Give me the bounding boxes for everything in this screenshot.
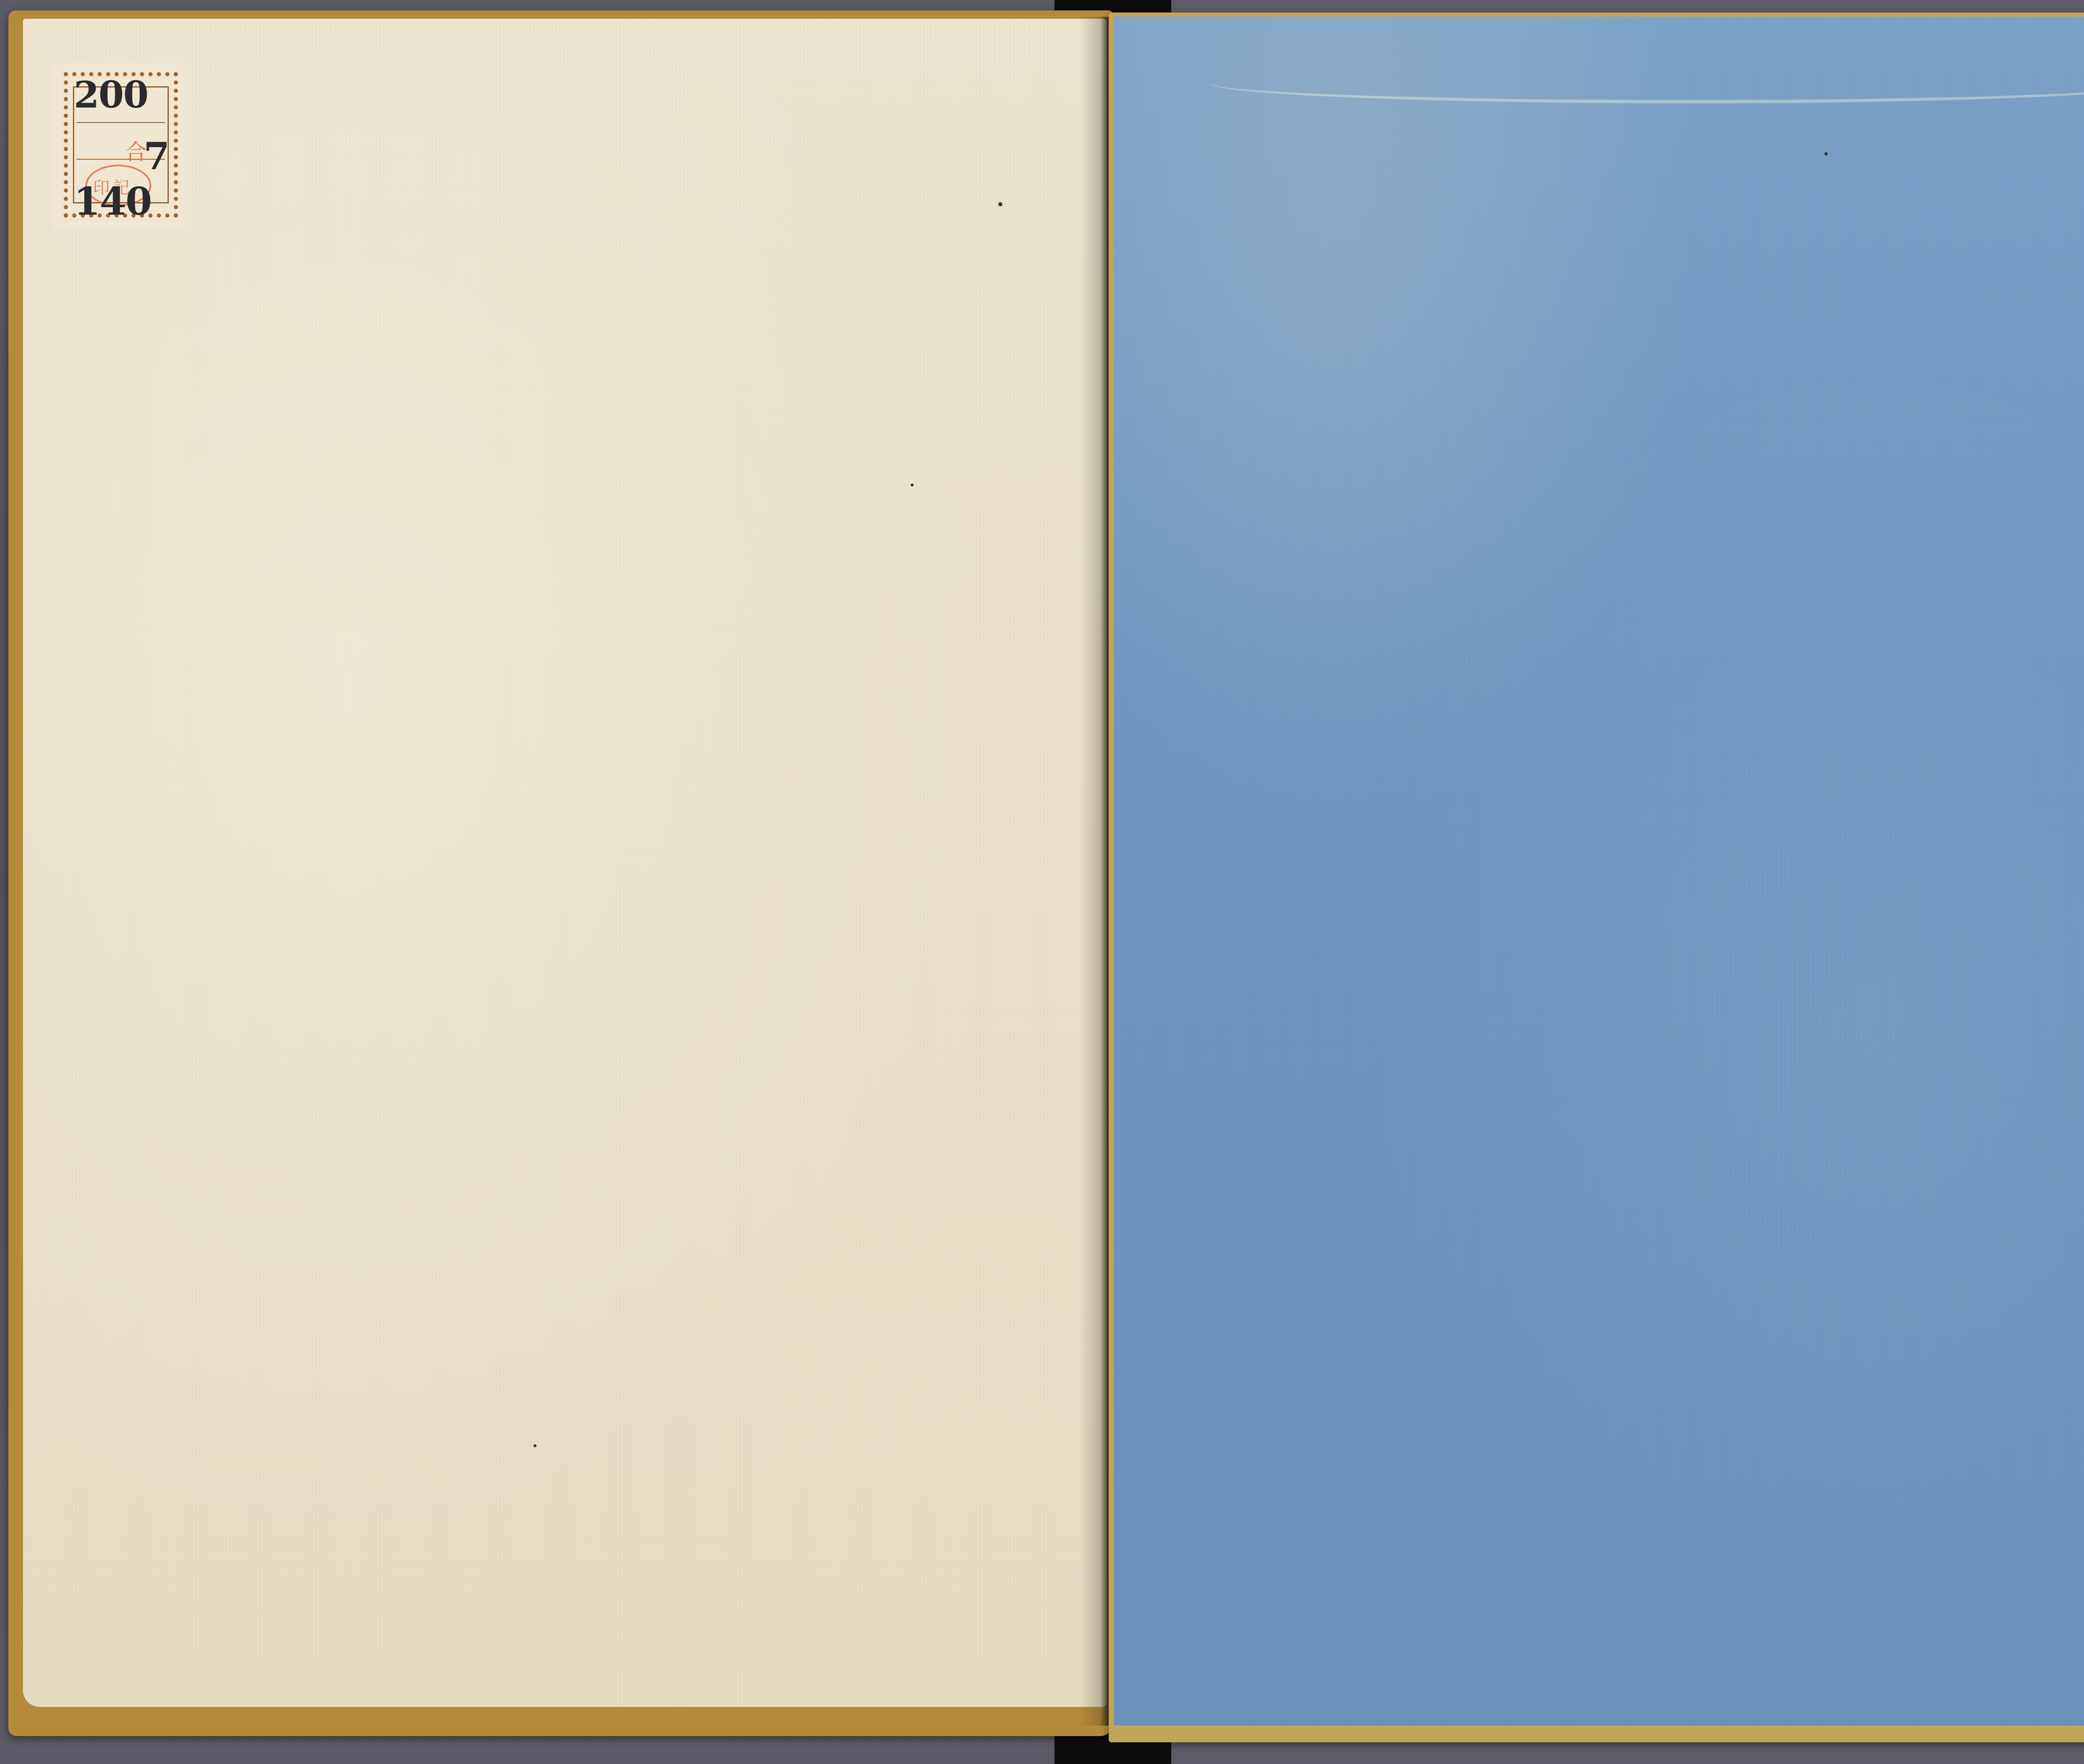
blue-back-cover (1114, 17, 2084, 1726)
left-flyleaf-page (23, 19, 1107, 1707)
label-bottom-number: 140 (74, 182, 151, 220)
paper-speck (534, 1444, 536, 1447)
paper-speck (998, 202, 1002, 206)
label-middle-number: 7 (143, 138, 170, 175)
paper-speck (911, 484, 914, 486)
call-number-label: 200 合 7 印記 140 (52, 60, 190, 229)
label-top-number: 200 (74, 76, 148, 113)
cover-speck (1824, 152, 1828, 155)
